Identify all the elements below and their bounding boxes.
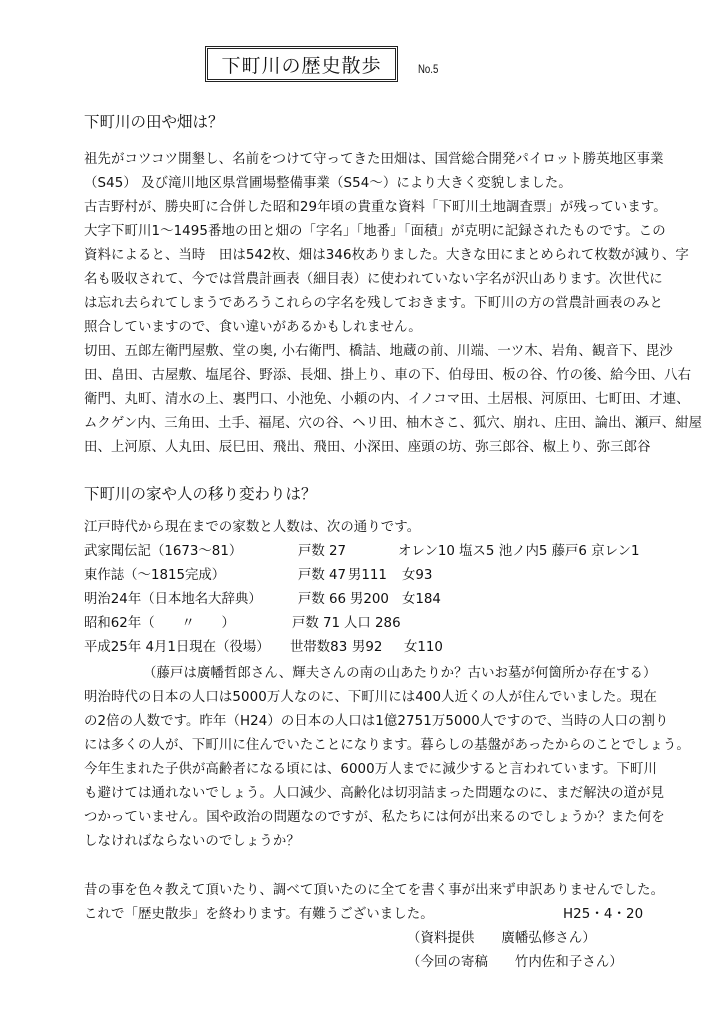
closing-date: H25・4・20: [563, 903, 643, 922]
paragraph-line: 資料によると、当時 田は542枚、畑は346枚ありました。大きな田にまとめられて…: [84, 244, 689, 263]
note-line: （藤戸は廣幡哲郎さん、輝夫さんの南の山あたりか？古いお墓が何箇所か存在する）: [143, 662, 656, 681]
row-population: 人口 286: [344, 612, 401, 631]
row-women: 女184: [402, 588, 441, 607]
paragraph-line: の2倍の人数です。昨年（H24）の日本の人口は1億2751万5000人ですので、…: [84, 710, 668, 729]
row-men: 男111: [348, 564, 387, 583]
row-households: 戸数 66: [298, 588, 346, 607]
paragraph-line: 古吉野村が、勝央町に合併した昭和29年頃の貴重な資料「下町川土地調査票」が残って…: [84, 196, 667, 215]
closing-line: これで「歴史散歩」を終わります。有難うございました。: [84, 903, 434, 922]
paragraph-line: 名も吸収されて、今では営農計画表（細目表）に使われていない字名が沢山あります。次…: [84, 268, 663, 287]
place-names-line: 田、畠田、古屋敷、塩尾谷、野添、長畑、掛上り、車の下、伯母田、板の谷、竹の後、給…: [84, 364, 691, 383]
place-names-line: 切田、五郎左衛門屋敷、堂の奥, 小右衛門、橋詰、地蔵の前、川端、一ツ木、岩角、観…: [84, 340, 673, 359]
place-names-line: 衛門、丸町、清水の上、裏門口、小池免、小頼の内、イノコマ田、土居根、河原田、七町…: [84, 388, 690, 407]
row-women: 女93: [402, 564, 432, 583]
row-women: 女110: [404, 636, 443, 655]
row-men: 男92: [352, 636, 382, 655]
row-households: 戸数 71: [292, 612, 340, 631]
paragraph-line: つかっていません。国や政治の問題なのですが、私たちには何が出来るのでしょうか？ま…: [84, 806, 665, 825]
document-title-text: 下町川の歴史散歩: [221, 51, 381, 78]
section-heading-fields: 下町川の田や畑は？: [84, 110, 224, 132]
row-source: 昭和62年（ 〃 ）: [84, 612, 235, 631]
row-source: 平成25年 4月1日現在（役場）: [84, 636, 270, 655]
paragraph-line: 今年生まれた子供が高齢者になる頃には、6000万人までに減少すると言われています…: [84, 758, 657, 777]
closing-line: 昔の事を色々教えて頂いたり、調べて頂いたのに全てを書く事が出来ず申訳ありませんで…: [84, 879, 664, 898]
paragraph-line: には多くの人が、下町川に住んでいたことになります。暮らしの基盤があったからのこと…: [84, 734, 690, 753]
row-detail: オレン10 塩ス5 池ノ内5 藤戸6 京レン1: [398, 540, 640, 559]
row-households: 世帯数83: [290, 636, 347, 655]
document-title: 下町川の歴史散歩: [205, 46, 398, 82]
place-names-line: ムクゲン内、三角田、土手、福尾、穴の谷、ヘリ田、柚木さこ、狐穴、崩れ、庄田、論出…: [84, 412, 702, 431]
paragraph-line: 明治時代の日本の人口は5000万人なのに、下町川には400人近くの人が住んでいま…: [84, 686, 657, 705]
issue-number: No.5: [418, 62, 438, 76]
paragraph-line: （S45） 及び滝川地区県営圃場整備事業（S54～）により大きく変貌しました。: [84, 172, 572, 191]
paragraph-line: は忘れ去られてしまうであろうこれらの字名を残しておきます。下町川の方の営農計画表…: [84, 292, 663, 311]
paragraph-line: も避けては通れないでしょう。人口減少、高齢化は切羽詰まった問題なのに、まだ解決の…: [84, 782, 664, 801]
place-names-line: 田、上河原、人丸田、辰巳田、飛出、飛田、小深田、座頭の坊、弥三郎谷、椒上り、弥三…: [84, 436, 651, 455]
section-heading-population: 下町川の家や人の移り変わりは？: [84, 482, 317, 504]
row-source: 明治24年（日本地名大辞典）: [84, 588, 262, 607]
paragraph-line: 祖先がコツコツ開墾し、名前をつけて守ってきた田畑は、国営総合開発パイロット勝英地…: [84, 148, 664, 167]
row-households: 戸数 47: [298, 564, 346, 583]
credit-materials: （資料提供 廣幡弘修さん）: [407, 927, 596, 946]
row-households: 戸数 27: [298, 540, 346, 559]
paragraph-line: 照合していますので、食い違いがあるかもしれません。: [84, 316, 422, 335]
row-source: 武家聞伝記（1673～81）: [84, 540, 242, 559]
row-men: 男200: [350, 588, 389, 607]
paragraph-line: 大字下町川1～1495番地の田と畑の「字名」「地番」「面積」が克明に記録されたも…: [84, 220, 666, 239]
credit-author: （今回の寄稿 竹内佐和子さん）: [407, 951, 623, 970]
row-source: 東作誌（～1815完成）: [84, 564, 225, 583]
paragraph-line: しなければならないのでしょうか？: [84, 830, 300, 849]
section-intro: 江戸時代から現在までの家数と人数は、次の通りです。: [84, 516, 420, 535]
